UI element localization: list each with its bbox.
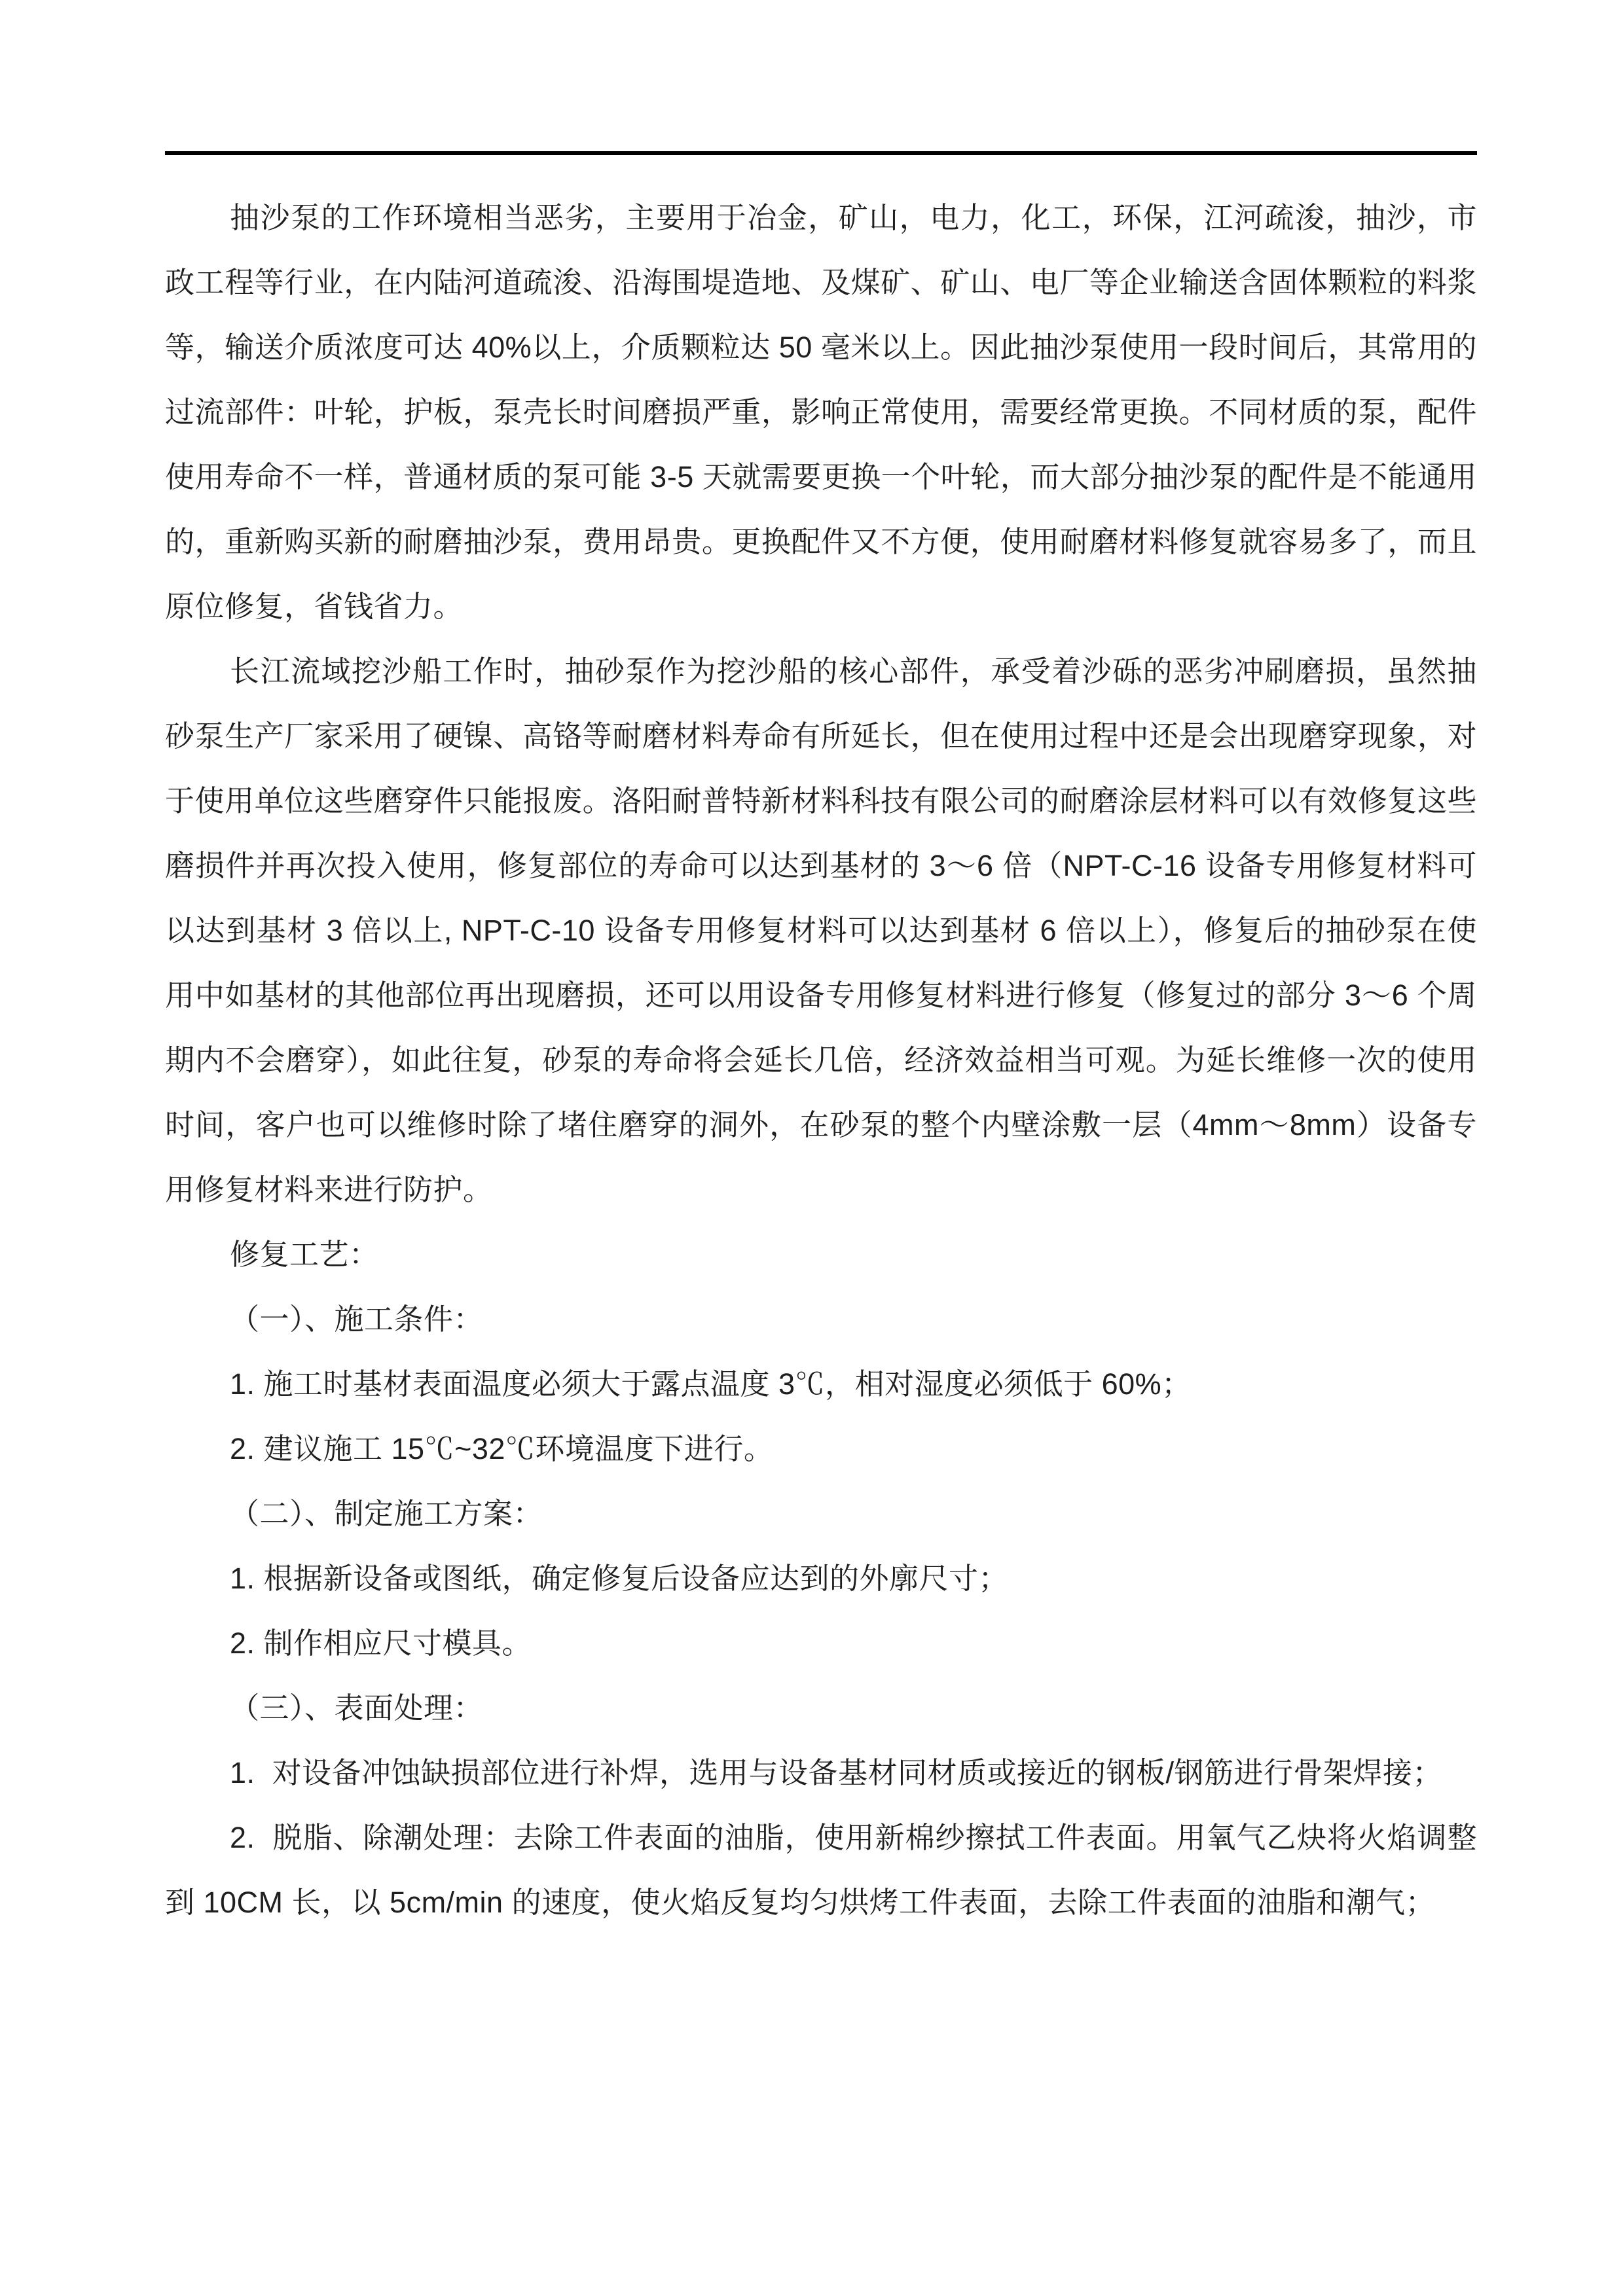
paragraph-body: 抽沙泵的工作环境相当恶劣，主要用于冶金，矿山，电力，化工，环保，江河疏浚，抽沙，… [165, 185, 1477, 639]
paragraph-section-heading: （一）、施工条件： [165, 1287, 1477, 1352]
paragraph-section-heading: （二）、制定施工方案： [165, 1481, 1477, 1546]
paragraph-numbered: 1. 根据新设备或图纸，确定修复后设备应达到的外廓尺寸； [165, 1546, 1477, 1611]
header-rule [165, 151, 1477, 155]
paragraph-numbered: 2. 脱脂、除潮处理：去除工件表面的油脂，使用新棉纱擦拭工件表面。用氧气乙炔将火… [165, 1805, 1477, 1935]
document-page: 抽沙泵的工作环境相当恶劣，主要用于冶金，矿山，电力，化工，环保，江河疏浚，抽沙，… [0, 0, 1623, 2296]
document-body: 抽沙泵的工作环境相当恶劣，主要用于冶金，矿山，电力，化工，环保，江河疏浚，抽沙，… [165, 185, 1477, 1935]
paragraph-numbered: 1. 施工时基材表面温度必须大于露点温度 3℃，相对湿度必须低于 60%； [165, 1352, 1477, 1416]
paragraph-numbered: 2. 建议施工 15℃~32℃环境温度下进行。 [165, 1416, 1477, 1481]
paragraph-body: 长江流域挖沙船工作时，抽砂泵作为挖沙船的核心部件，承受着沙砾的恶劣冲刷磨损，虽然… [165, 639, 1477, 1222]
paragraph-numbered: 2. 制作相应尺寸模具。 [165, 1611, 1477, 1676]
paragraph-heading: 修复工艺： [165, 1222, 1477, 1287]
paragraph-numbered: 1. 对设备冲蚀缺损部位进行补焊，选用与设备基材同材质或接近的钢板/钢筋进行骨架… [165, 1740, 1477, 1805]
paragraph-section-heading: （三）、表面处理： [165, 1676, 1477, 1740]
